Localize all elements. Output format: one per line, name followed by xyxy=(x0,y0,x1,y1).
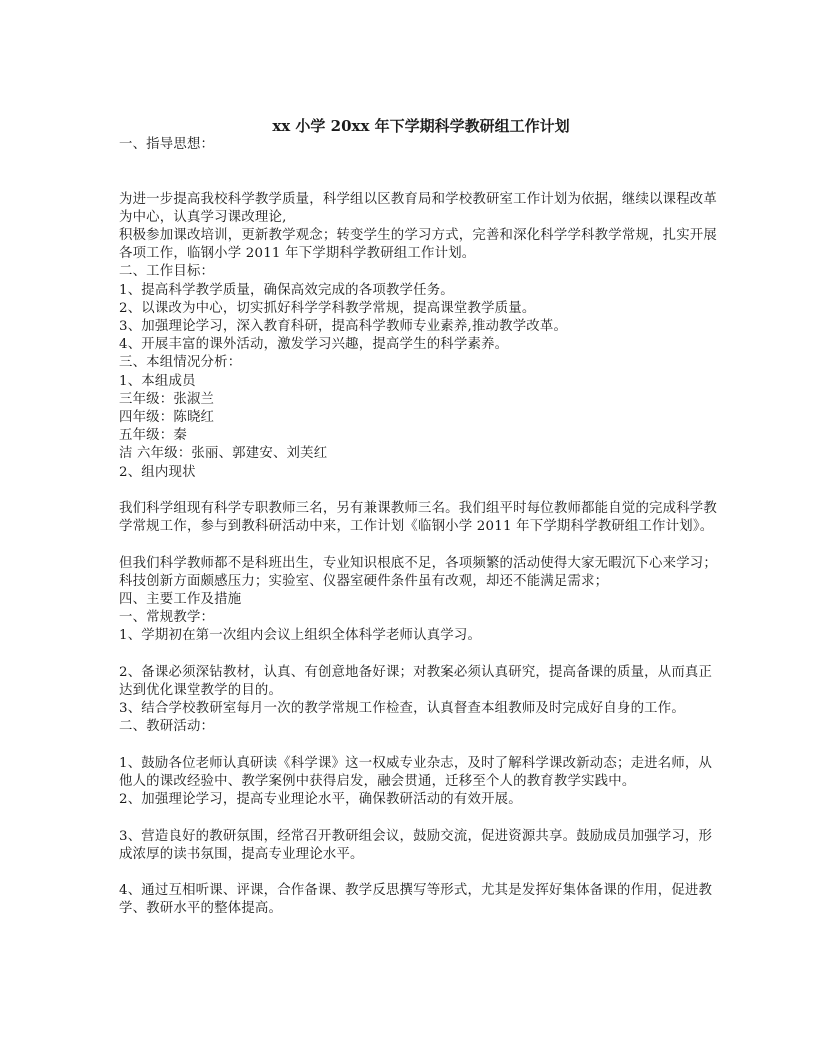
member-grade-3: 三年级：张淑兰 xyxy=(119,391,723,409)
member-grade-6: 洁 六年级：张丽、郭建安、刘芙红 xyxy=(119,445,723,463)
list-item: 3、结合学校教研室每月一次的教学常规工作检查，认真督查本组教师及时完成好自身的工… xyxy=(119,700,723,718)
paragraph: 为进一步提高我校科学教学质量，科学组以区教育局和学校教研室工作计划为依据，继续以… xyxy=(119,191,723,227)
spacer xyxy=(119,154,723,190)
section-heading-guiding-thought: 一、指导思想： xyxy=(119,136,723,154)
member-grade-5: 五年级：秦 xyxy=(119,427,723,445)
section-heading-measures: 四、主要工作及措施 xyxy=(119,591,723,609)
document-title: xx 小学 20xx 年下学期科学教研组工作计划 xyxy=(119,116,723,136)
subheading-status: 2、组内现状 xyxy=(119,464,723,482)
list-item: 4、开展丰富的课外活动，激发学习兴趣，提高学生的科学素养。 xyxy=(119,336,723,354)
subheading-research-activities: 二、教研活动： xyxy=(119,718,723,736)
paragraph: 积极参加课改培训，更新教学观念；转变学生的学习方式，完善和深化科学学科教学常规，… xyxy=(119,227,723,263)
list-item: 3、加强理论学习，深入教育科研，提高科学教师专业素养,推动教学改革。 xyxy=(119,318,723,336)
spacer xyxy=(119,536,723,554)
member-grade-4: 四年级：陈晓红 xyxy=(119,409,723,427)
list-item: 2、加强理论学习，提高专业理论水平，确保教研活动的有效开展。 xyxy=(119,791,723,809)
section-heading-analysis: 三、本组情况分析： xyxy=(119,354,723,372)
list-item: 1、提高科学教学质量，确保高效完成的各项教学任务。 xyxy=(119,282,723,300)
list-item: 3、营造良好的教研氛围，经常召开教研组会议，鼓励交流，促进资源共享。鼓励成员加强… xyxy=(119,828,723,864)
list-item: 4、通过互相听课、评课，合作备课、教学反思撰写等形式，尤其是发挥好集体备课的作用… xyxy=(119,882,723,918)
list-item: 1、学期初在第一次组内会议上组织全体科学老师认真学习。 xyxy=(119,627,723,645)
document-page: xx 小学 20xx 年下学期科学教研组工作计划 一、指导思想： 为进一步提高我… xyxy=(119,116,723,919)
spacer xyxy=(119,482,723,500)
list-item: 1、鼓励各位老师认真研读《科学课》这一权威专业杂志，及时了解科学课改新动态；走进… xyxy=(119,755,723,791)
section-heading-goals: 二、工作目标： xyxy=(119,263,723,281)
subheading-routine-teaching: 一、常规教学： xyxy=(119,609,723,627)
paragraph: 但我们科学教师都不是科班出生，专业知识根底不足，各项频繁的活动使得大家无暇沉下心… xyxy=(119,555,723,591)
list-item: 2、备课必须深钻教材，认真、有创意地备好课；对教案必须认真研究，提高备课的质量，… xyxy=(119,664,723,700)
spacer xyxy=(119,809,723,827)
spacer xyxy=(119,864,723,882)
spacer xyxy=(119,646,723,664)
subheading-members: 1、本组成员 xyxy=(119,373,723,391)
spacer xyxy=(119,737,723,755)
list-item: 2、以课改为中心，切实抓好科学学科教学常规，提高课堂教学质量。 xyxy=(119,300,723,318)
paragraph: 我们科学组现有科学专职教师三名，另有兼课教师三名。我们组平时每位教师都能自觉的完… xyxy=(119,500,723,536)
